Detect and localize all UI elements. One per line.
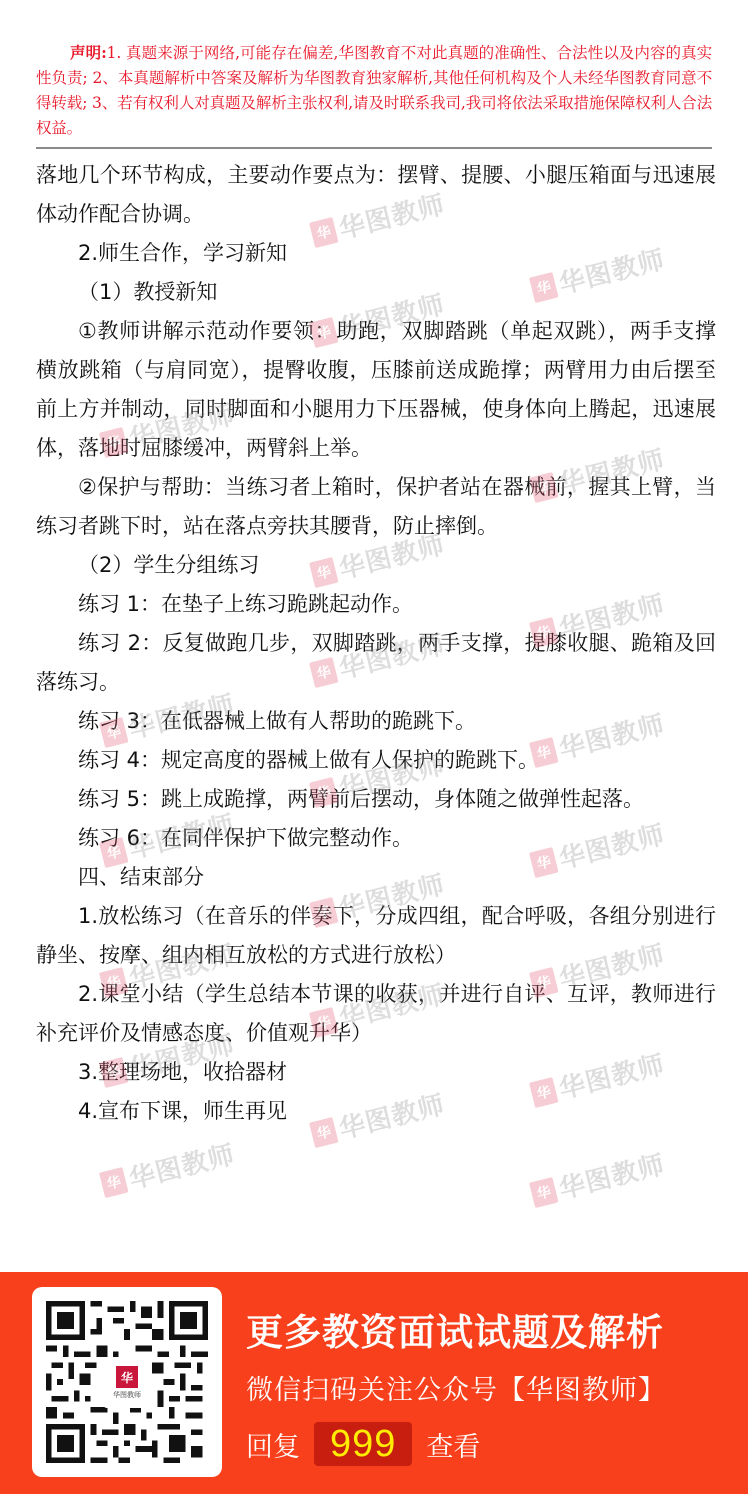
paragraph: 2.课堂小结（学生总结本节课的收获，并进行自评、互评，教师进行补充评价及情感态度…	[36, 975, 716, 1053]
paragraph: ②保护与帮助：当练习者上箱时，保护者站在器械前，握其上臂，当练习者跳下时，站在落…	[36, 468, 716, 546]
section-heading: 2.师生合作，学习新知	[36, 234, 716, 273]
disclaimer: 声明:1. 真题来源于网络,可能存在偏差,华图教育不对此真题的准确性、合法性以及…	[36, 40, 712, 141]
banner-reply-line: 回复 999 查看	[246, 1422, 480, 1466]
paragraph: 1.放松练习（在音乐的伴奏下，分成四组，配合呼吸，各组分别进行静坐、按摩、组内相…	[36, 897, 716, 975]
disclaimer-lead: 声明:	[70, 43, 107, 62]
disclaimer-text: 1. 真题来源于网络,可能存在偏差,华图教育不对此真题的准确性、合法性以及内容的…	[36, 44, 712, 137]
reply-suffix: 查看	[426, 1425, 480, 1464]
watermark-logo-icon: 华	[99, 1167, 129, 1198]
exercise-item: 练习 4：规定高度的器械上做有人保护的跪跳下。	[36, 741, 716, 780]
paragraph: 落地几个环节构成，主要动作要点为：摆臂、提腰、小腿压箱面与迅速展体动作配合协调。	[36, 156, 716, 234]
subsection-heading: （1）教授新知	[36, 273, 716, 312]
reply-prefix: 回复	[246, 1425, 300, 1464]
banner-subtitle: 微信扫码关注公众号【华图教师】	[246, 1368, 666, 1407]
exercise-item: 练习 5：跳上成跪撑，两臂前后摆动，身体随之做弹性起落。	[36, 780, 716, 819]
paragraph: 3.整理场地，收拾器材	[36, 1053, 716, 1092]
divider	[36, 147, 712, 149]
banner-title: 更多教资面试试题及解析	[246, 1302, 664, 1356]
qr-code-card[interactable]: 华 华图教师	[32, 1287, 222, 1477]
reply-code-badge: 999	[314, 1422, 412, 1466]
exercise-item: 练习 1：在垫子上练习跪跳起动作。	[36, 585, 716, 624]
paragraph: 4.宣布下课，师生再见	[36, 1092, 716, 1131]
qr-center-logo: 华 华图教师	[103, 1358, 151, 1408]
exercise-item: 练习 3：在低器械上做有人帮助的跪跳下。	[36, 702, 716, 741]
brand-logo-icon: 华	[116, 1366, 138, 1388]
exercise-item: 练习 2：反复做跑几步，双脚踏跳，两手支撑，提膝收腿、跪箱及回落练习。	[36, 624, 716, 702]
brand-name: 华图教师	[113, 1390, 141, 1400]
watermark-logo-icon: 华	[529, 1177, 559, 1208]
lesson-content: 落地几个环节构成，主要动作要点为：摆臂、提腰、小腿压箱面与迅速展体动作配合协调。…	[36, 156, 716, 1131]
exercise-item: 练习 6：在同伴保护下做完整动作。	[36, 819, 716, 858]
promo-banner: 华 华图教师 更多教资面试试题及解析 微信扫码关注公众号【华图教师】 回复 99…	[0, 1272, 748, 1494]
section-heading: 四、结束部分	[36, 858, 716, 897]
paragraph: ①教师讲解示范动作要领：助跑，双脚踏跳（单起双跳），两手支撑横放跳箱（与肩同宽）…	[36, 312, 716, 468]
watermark: 华华图教师	[528, 1144, 669, 1213]
watermark: 华华图教师	[98, 1134, 239, 1203]
subsection-heading: （2）学生分组练习	[36, 546, 716, 585]
